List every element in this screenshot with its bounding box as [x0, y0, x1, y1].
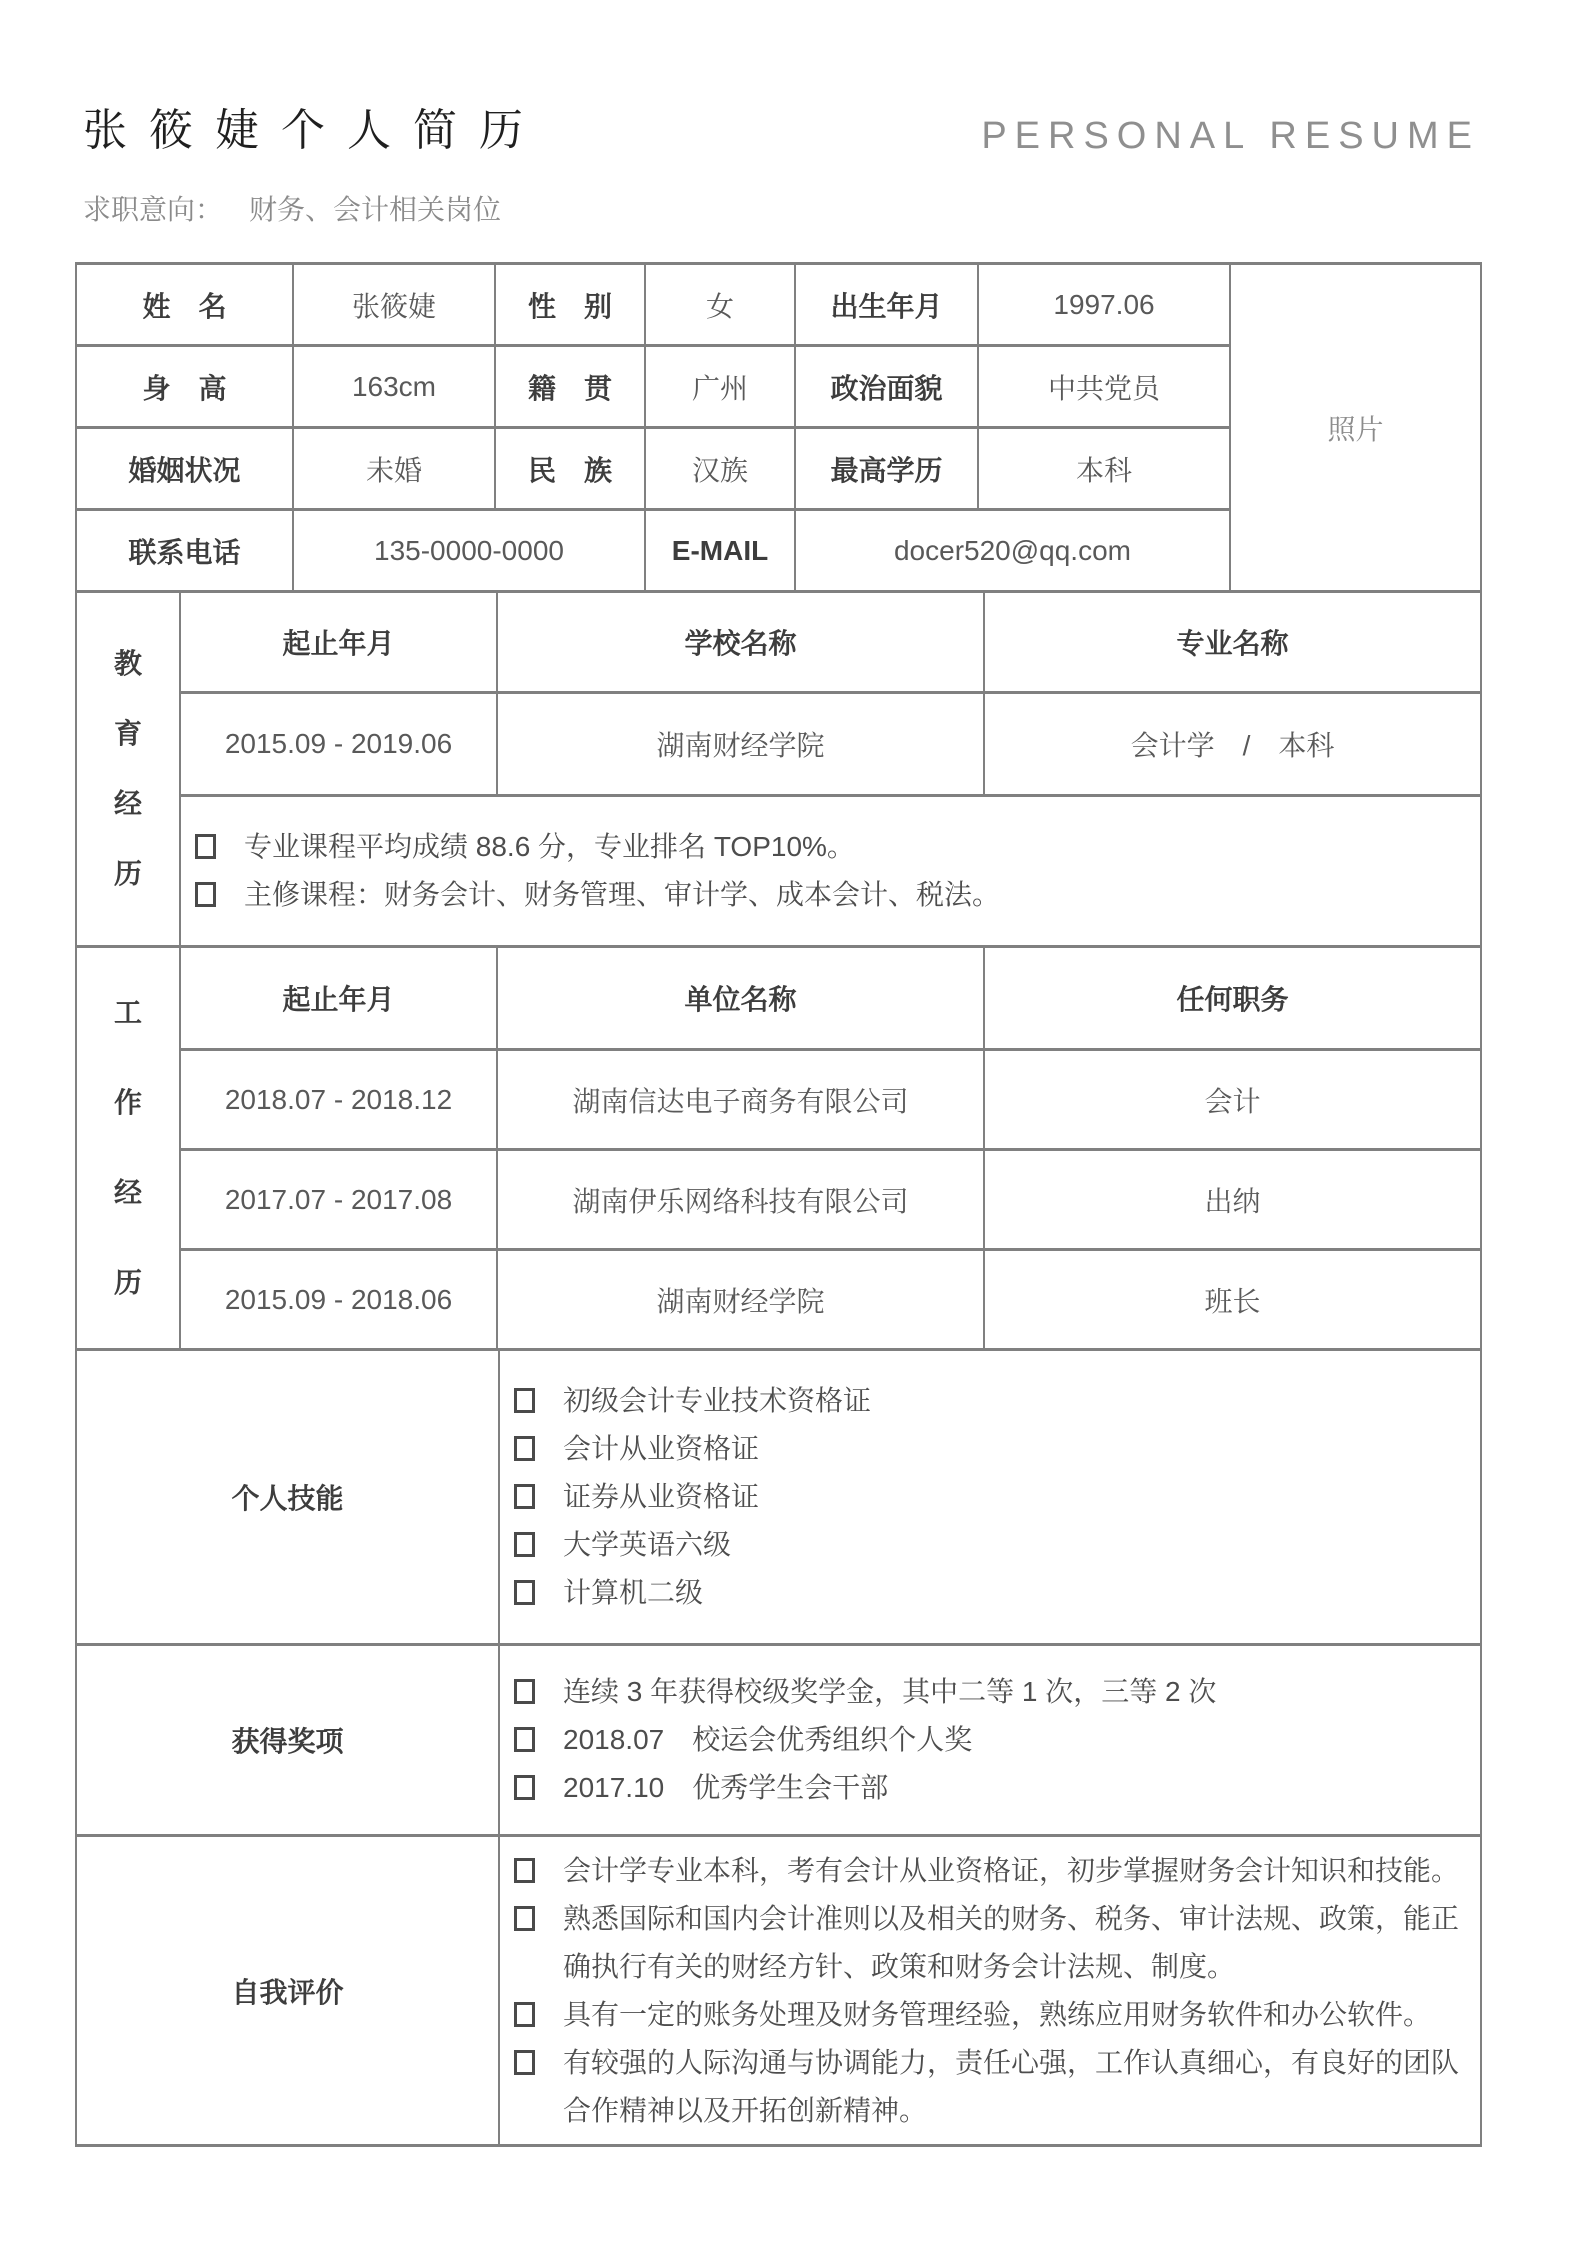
table-row: 教育经历 起止年月 学校名称 专业名称: [76, 592, 1481, 693]
award-item: 连续 3 年获得校级奖学金，其中二等 1 次，三等 2 次: [563, 1668, 1464, 1716]
name-value: 张筱婕: [293, 264, 495, 346]
hometown-label: 籍 贯: [495, 346, 645, 428]
work-section-cell: 工作经历: [76, 947, 180, 1350]
checkbox-icon: [514, 1388, 535, 1413]
education-notes-list: 专业课程平均成绩 88.6 分，专业排名 TOP10%。 主修课程：财务会计、财…: [181, 823, 1480, 919]
skill-item: 会计从业资格证: [563, 1425, 1464, 1473]
checkbox-icon: [514, 2002, 535, 2027]
skill-item: 计算机二级: [563, 1569, 1464, 1617]
checkbox-icon: [514, 1858, 535, 1883]
skills-cell: 初级会计专业技术资格证 会计从业资格证 证券从业资格证 大学英语六级 计算机二级: [499, 1350, 1481, 1645]
email-value: docer520@qq.com: [795, 510, 1230, 592]
education-note: 主修课程：财务会计、财务管理、审计学、成本会计、税法。: [244, 871, 1464, 919]
height-value: 163cm: [293, 346, 495, 428]
self-evaluation-item: 具有一定的账务处理及财务管理经验，熟练应用财务软件和办公软件。: [563, 1991, 1464, 2039]
skill-item: 证券从业资格证: [563, 1473, 1464, 1521]
self-evaluation-item: 熟悉国际和国内会计准则以及相关的财务、税务、审计法规、政策，能正确执行有关的财经…: [563, 1895, 1464, 1991]
list-item: 会计从业资格证: [512, 1425, 1464, 1473]
checkbox-icon: [514, 1580, 535, 1605]
marital-value: 未婚: [293, 428, 495, 510]
job-objective-label: 求职意向：: [83, 194, 223, 225]
table-row: 获得奖项 连续 3 年获得校级奖学金，其中二等 1 次，三等 2 次 2018.…: [76, 1645, 1481, 1836]
list-item: 主修课程：财务会计、财务管理、审计学、成本会计、税法。: [193, 871, 1464, 919]
work-header-company: 单位名称: [497, 947, 984, 1050]
award-item: 2017.10 优秀学生会干部: [563, 1764, 1464, 1812]
table-row: 2015.09 - 2018.06 湖南财经学院 班长: [76, 1250, 1481, 1350]
skill-item: 初级会计专业技术资格证: [563, 1377, 1464, 1425]
gender-label: 性 别: [495, 264, 645, 346]
work-company: 湖南伊乐网络科技有限公司: [497, 1150, 984, 1250]
self-evaluation-item: 会计学专业本科，考有会计从业资格证，初步掌握财务会计知识和技能。: [563, 1847, 1464, 1895]
education-school: 湖南财经学院: [497, 693, 984, 796]
awards-table: 获得奖项 连续 3 年获得校级奖学金，其中二等 1 次，三等 2 次 2018.…: [75, 1643, 1482, 1837]
checkbox-icon: [195, 834, 216, 859]
skills-table: 个人技能 初级会计专业技术资格证 会计从业资格证 证券从业资格证 大学英语六级 …: [75, 1348, 1482, 1646]
self-evaluation-list: 会计学专业本科，考有会计从业资格证，初步掌握财务会计知识和技能。 熟悉国际和国内…: [500, 1847, 1480, 2135]
list-item: 2017.10 优秀学生会干部: [512, 1764, 1464, 1812]
education-header-period: 起止年月: [180, 592, 497, 693]
table-row: 姓 名 张筱婕 性 别 女 出生年月 1997.06 照片: [76, 264, 1481, 346]
political-label: 政治面貌: [795, 346, 978, 428]
awards-cell: 连续 3 年获得校级奖学金，其中二等 1 次，三等 2 次 2018.07 校运…: [499, 1645, 1481, 1836]
education-header-major: 专业名称: [984, 592, 1481, 693]
page-subtitle: PERSONAL RESUME: [981, 115, 1480, 158]
checkbox-icon: [514, 1727, 535, 1752]
education-table: 教育经历 起止年月 学校名称 专业名称 2015.09 - 2019.06 湖南…: [75, 590, 1482, 948]
table-row: 2017.07 - 2017.08 湖南伊乐网络科技有限公司 出纳: [76, 1150, 1481, 1250]
checkbox-icon: [514, 1775, 535, 1800]
checkbox-icon: [195, 882, 216, 907]
list-item: 会计学专业本科，考有会计从业资格证，初步掌握财务会计知识和技能。: [512, 1847, 1464, 1895]
political-value: 中共党员: [978, 346, 1230, 428]
self-evaluation-table: 自我评价 会计学专业本科，考有会计从业资格证，初步掌握财务会计知识和技能。 熟悉…: [75, 1834, 1482, 2147]
checkbox-icon: [514, 1906, 535, 1931]
skill-item: 大学英语六级: [563, 1521, 1464, 1569]
checkbox-icon: [514, 1436, 535, 1461]
list-item: 具有一定的账务处理及财务管理经验，熟练应用财务软件和办公软件。: [512, 1991, 1464, 2039]
height-label: 身 高: [76, 346, 293, 428]
work-period: 2018.07 - 2018.12: [180, 1050, 497, 1150]
marital-label: 婚姻状况: [76, 428, 293, 510]
list-item: 连续 3 年获得校级奖学金，其中二等 1 次，三等 2 次: [512, 1668, 1464, 1716]
checkbox-icon: [514, 1484, 535, 1509]
table-row: 自我评价 会计学专业本科，考有会计从业资格证，初步掌握财务会计知识和技能。 熟悉…: [76, 1836, 1481, 2146]
table-row: 个人技能 初级会计专业技术资格证 会计从业资格证 证券从业资格证 大学英语六级 …: [76, 1350, 1481, 1645]
self-evaluation-cell: 会计学专业本科，考有会计从业资格证，初步掌握财务会计知识和技能。 熟悉国际和国内…: [499, 1836, 1481, 2146]
phone-label: 联系电话: [76, 510, 293, 592]
header: 张筱婕个人简历 PERSONAL RESUME: [75, 0, 1480, 158]
checkbox-icon: [514, 1679, 535, 1704]
list-item: 大学英语六级: [512, 1521, 1464, 1569]
table-row: 2015.09 - 2019.06 湖南财经学院 会计学 / 本科: [76, 693, 1481, 796]
education-header-school: 学校名称: [497, 592, 984, 693]
name-label: 姓 名: [76, 264, 293, 346]
page-title: 张筱婕个人简历: [75, 94, 545, 158]
job-objective-value: 财务、会计相关岗位: [249, 194, 501, 225]
basic-info-table: 姓 名 张筱婕 性 别 女 出生年月 1997.06 照片 身 高 163cm …: [75, 262, 1482, 593]
phone-value: 135-0000-0000: [293, 510, 645, 592]
work-company: 湖南财经学院: [497, 1250, 984, 1350]
table-row: 工作经历 起止年月 单位名称 任何职务: [76, 947, 1481, 1050]
work-table: 工作经历 起止年月 单位名称 任何职务 2018.07 - 2018.12 湖南…: [75, 945, 1482, 1351]
education-major: 会计学 / 本科: [984, 693, 1481, 796]
email-label: E-MAIL: [645, 510, 795, 592]
degree-label: 最高学历: [795, 428, 978, 510]
photo-placeholder: 照片: [1230, 264, 1481, 592]
table-row: 2018.07 - 2018.12 湖南信达电子商务有限公司 会计: [76, 1050, 1481, 1150]
awards-section-label: 获得奖项: [76, 1645, 499, 1836]
resume-page: 张筱婕个人简历 PERSONAL RESUME 求职意向：财务、会计相关岗位 姓…: [75, 0, 1480, 2147]
checkbox-icon: [514, 2050, 535, 2075]
education-period: 2015.09 - 2019.06: [180, 693, 497, 796]
awards-list: 连续 3 年获得校级奖学金，其中二等 1 次，三等 2 次 2018.07 校运…: [500, 1668, 1480, 1812]
self-evaluation-section-label: 自我评价: [76, 1836, 499, 2146]
hometown-value: 广州: [645, 346, 795, 428]
list-item: 熟悉国际和国内会计准则以及相关的财务、税务、审计法规、政策，能正确执行有关的财经…: [512, 1895, 1464, 1991]
job-objective: 求职意向：财务、会计相关岗位: [75, 188, 1480, 228]
list-item: 计算机二级: [512, 1569, 1464, 1617]
work-position: 会计: [984, 1050, 1481, 1150]
work-company: 湖南信达电子商务有限公司: [497, 1050, 984, 1150]
skills-list: 初级会计专业技术资格证 会计从业资格证 证券从业资格证 大学英语六级 计算机二级: [500, 1377, 1480, 1617]
checkbox-icon: [514, 1532, 535, 1557]
award-item: 2018.07 校运会优秀组织个人奖: [563, 1716, 1464, 1764]
work-header-position: 任何职务: [984, 947, 1481, 1050]
education-section-cell: 教育经历: [76, 592, 180, 947]
list-item: 证券从业资格证: [512, 1473, 1464, 1521]
birth-label: 出生年月: [795, 264, 978, 346]
gender-value: 女: [645, 264, 795, 346]
list-item: 有较强的人际沟通与协调能力，责任心强，工作认真细心，有良好的团队合作精神以及开拓…: [512, 2039, 1464, 2135]
table-row: 专业课程平均成绩 88.6 分，专业排名 TOP10%。 主修课程：财务会计、财…: [76, 796, 1481, 947]
education-section-label: 教育经历: [112, 629, 144, 909]
ethnicity-label: 民 族: [495, 428, 645, 510]
education-notes-cell: 专业课程平均成绩 88.6 分，专业排名 TOP10%。 主修课程：财务会计、财…: [180, 796, 1481, 947]
work-position: 班长: [984, 1250, 1481, 1350]
education-note: 专业课程平均成绩 88.6 分，专业排名 TOP10%。: [244, 823, 1464, 871]
ethnicity-value: 汉族: [645, 428, 795, 510]
list-item: 2018.07 校运会优秀组织个人奖: [512, 1716, 1464, 1764]
work-period: 2017.07 - 2017.08: [180, 1150, 497, 1250]
work-position: 出纳: [984, 1150, 1481, 1250]
degree-value: 本科: [978, 428, 1230, 510]
list-item: 初级会计专业技术资格证: [512, 1377, 1464, 1425]
work-header-period: 起止年月: [180, 947, 497, 1050]
list-item: 专业课程平均成绩 88.6 分，专业排名 TOP10%。: [193, 823, 1464, 871]
work-period: 2015.09 - 2018.06: [180, 1250, 497, 1350]
work-section-label: 工作经历: [112, 968, 144, 1328]
birth-value: 1997.06: [978, 264, 1230, 346]
skills-section-label: 个人技能: [76, 1350, 499, 1645]
self-evaluation-item: 有较强的人际沟通与协调能力，责任心强，工作认真细心，有良好的团队合作精神以及开拓…: [563, 2039, 1464, 2135]
